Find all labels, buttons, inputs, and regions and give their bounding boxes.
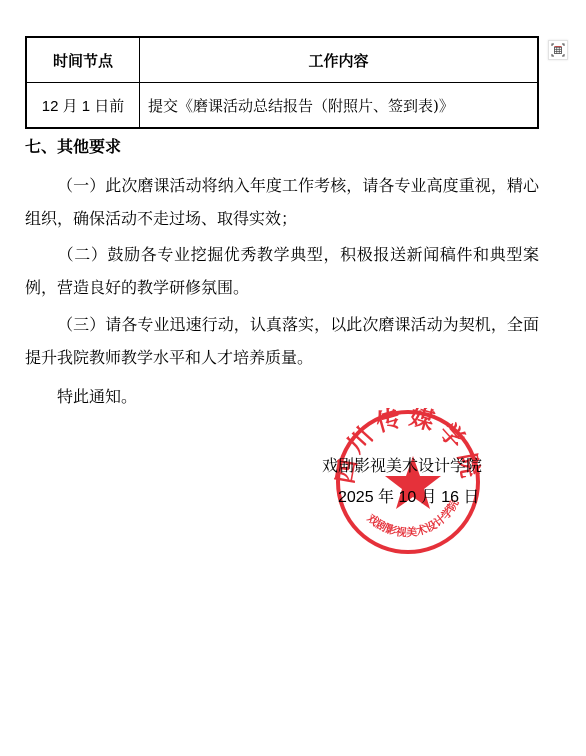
- signature-org: 戏剧影视美术设计学院: [322, 455, 482, 477]
- table-header-row: 时间节点 工作内容: [26, 37, 538, 83]
- header-content: 工作内容: [140, 37, 539, 83]
- paragraph-3: （三）请各专业迅速行动，认真落实，以此次磨课活动为契机，全面提升我院教师教学水平…: [25, 308, 539, 374]
- cell-time: 12 月 1 日前: [26, 83, 140, 129]
- paragraph-2: （二）鼓励各专业挖掘优秀教学典型，积极报送新闻稿件和典型案例，营造良好的教学研修…: [25, 238, 539, 304]
- section-heading: 七、其他要求: [25, 136, 121, 158]
- official-seal-icon: 四川传媒学院 戏剧影视美术设计学院: [334, 408, 482, 556]
- table-row: 12 月 1 日前 提交《磨课活动总结报告（附照片、签到表)》: [26, 83, 538, 129]
- signature-date: 2025 年 10 月 16 日: [338, 487, 479, 509]
- paragraph-1: （一）此次磨课活动将纳入年度工作考核，请各专业高度重视，精心组织，确保活动不走过…: [25, 169, 539, 235]
- cell-content: 提交《磨课活动总结报告（附照片、签到表)》: [140, 83, 539, 129]
- paragraph-2-text: （二）鼓励各专业挖掘优秀教学典型，积极报送新闻稿件和典型案例，营造良好的教学研修…: [25, 245, 539, 297]
- paragraph-3-text: （三）请各专业迅速行动，认真落实，以此次磨课活动为契机，全面提升我院教师教学水平…: [25, 315, 539, 367]
- header-time: 时间节点: [26, 37, 140, 83]
- closing-text: 特此通知。: [57, 387, 137, 406]
- schedule-table: 时间节点 工作内容 12 月 1 日前 提交《磨课活动总结报告（附照片、签到表)…: [25, 36, 539, 129]
- fit-table-button[interactable]: [548, 40, 568, 60]
- paragraph-1-text: （一）此次磨课活动将纳入年度工作考核，请各专业高度重视，精心组织，确保活动不走过…: [25, 176, 539, 228]
- fit-table-icon: [549, 41, 567, 59]
- document-page: 时间节点 工作内容 12 月 1 日前 提交《磨课活动总结报告（附照片、签到表)…: [0, 0, 586, 756]
